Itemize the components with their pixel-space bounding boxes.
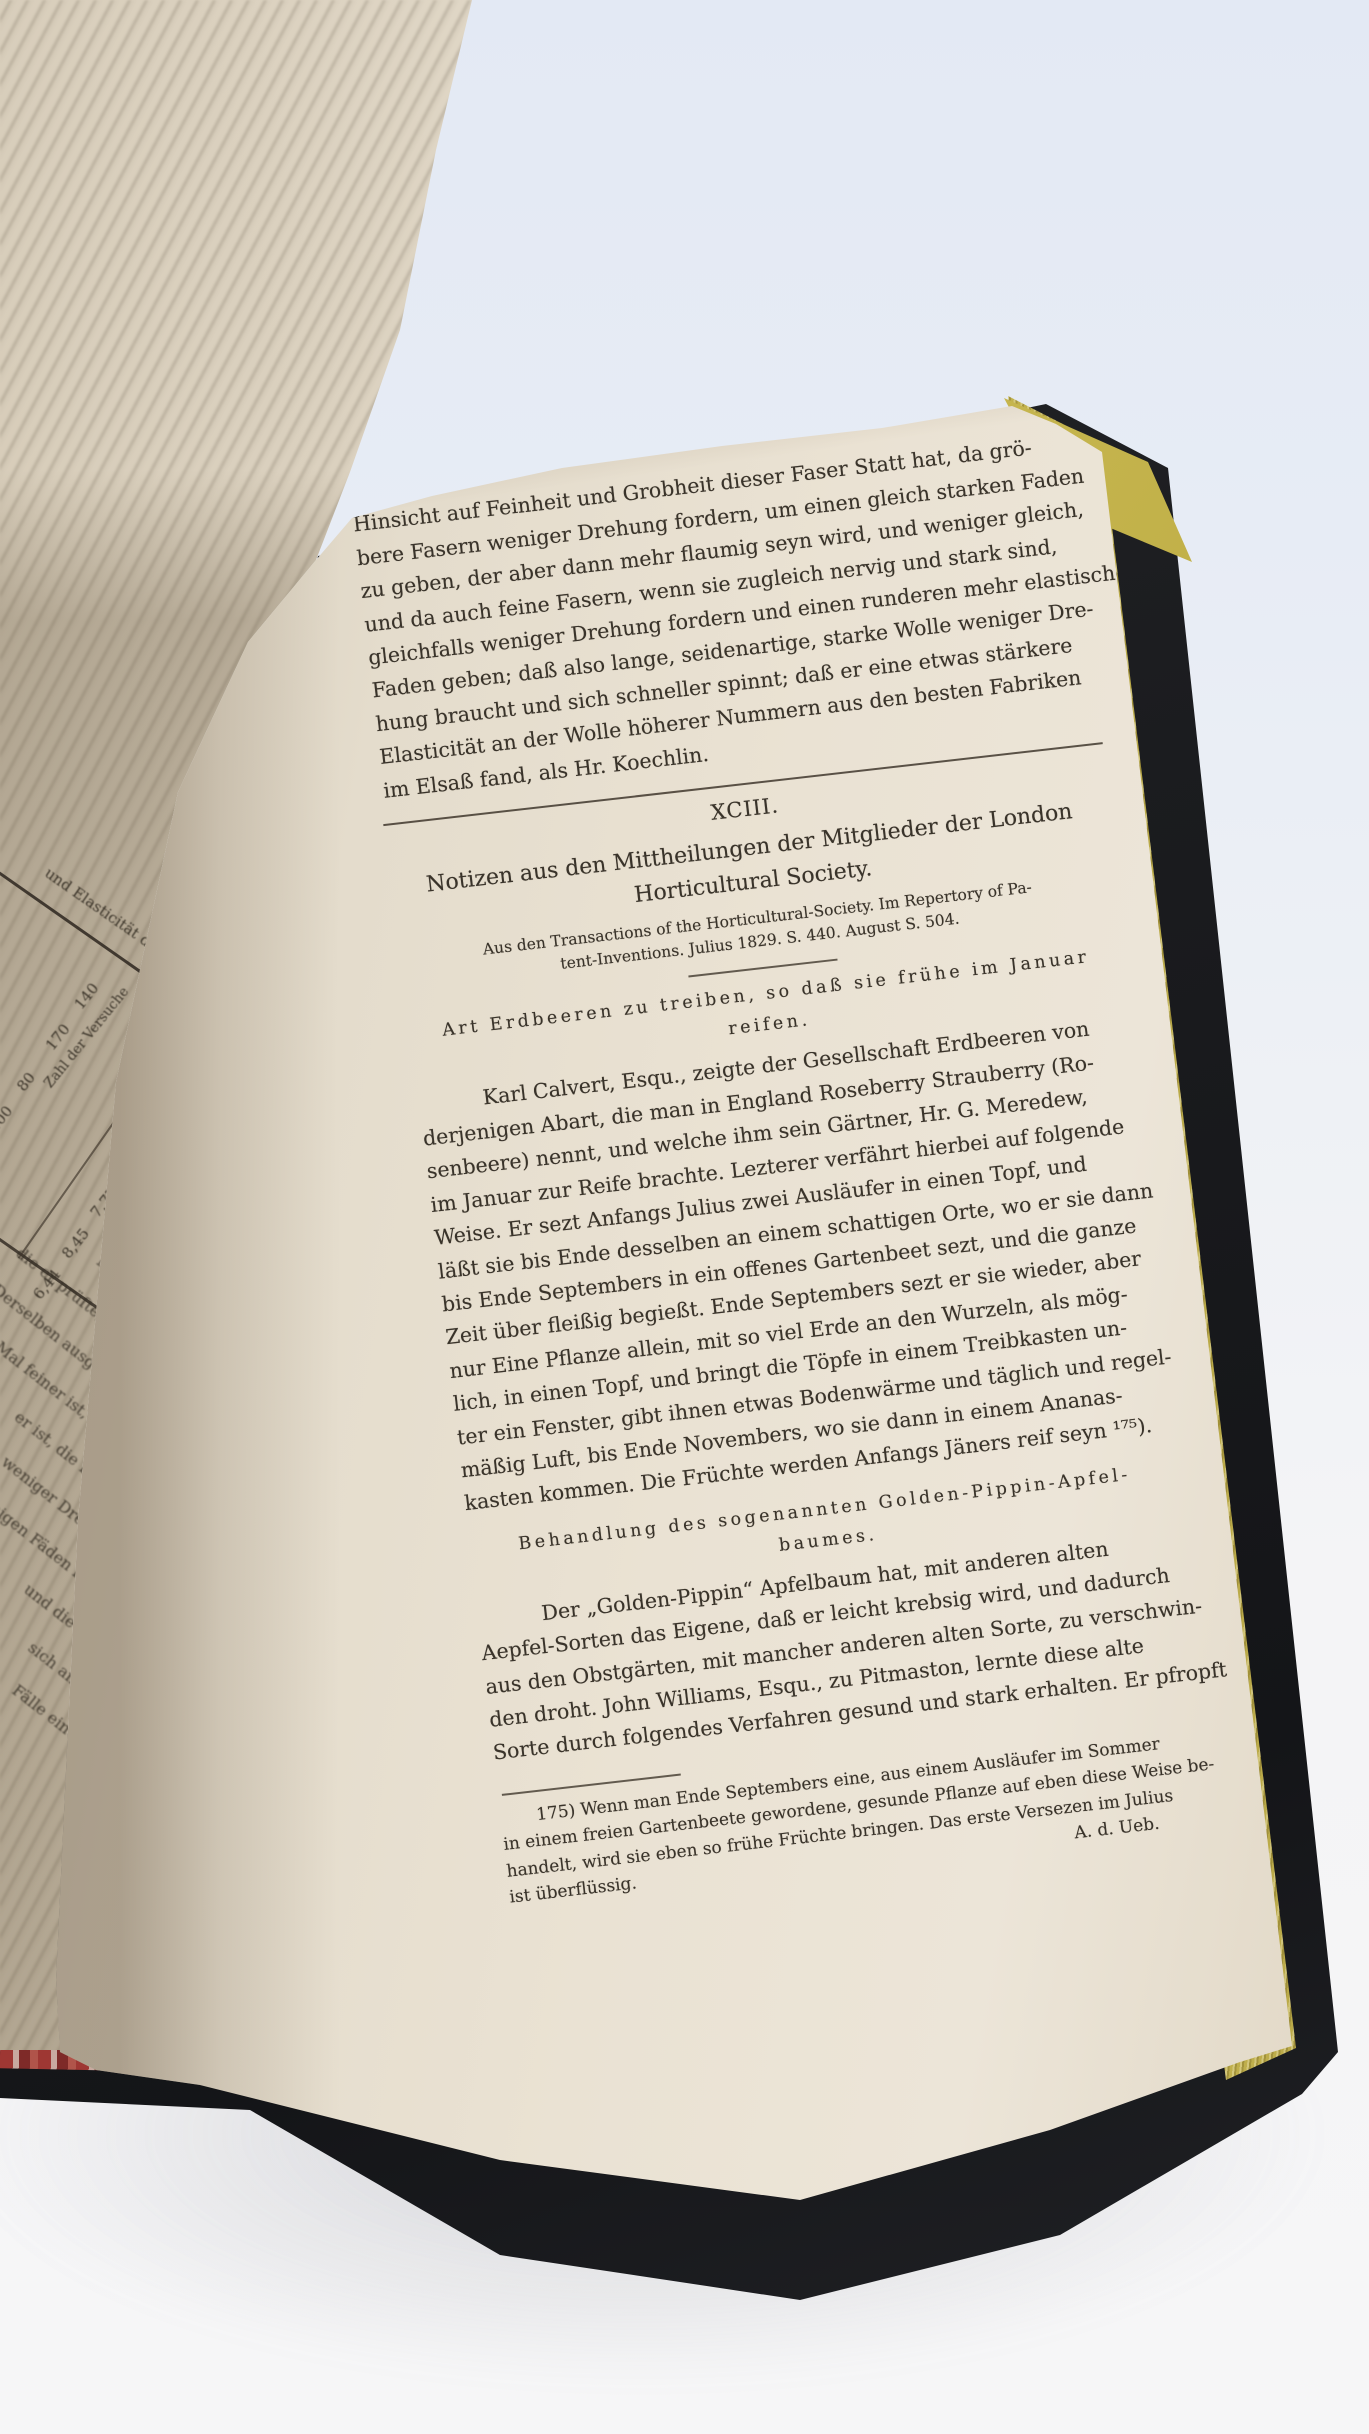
table-cell: 80 (13, 1061, 57, 1105)
page-number: 393 (879, 370, 929, 408)
article1-body: Karl Calvert, Esqu., zeigte der Gesellsc… (417, 1009, 1176, 1521)
continuation-paragraph: Hinsicht auf Feinheit und Grobheit diese… (351, 428, 1094, 808)
photo-background: und Elasticität des Garnes zur Kette. Za… (0, 0, 1369, 2434)
table-cell: 100 (0, 1102, 29, 1146)
